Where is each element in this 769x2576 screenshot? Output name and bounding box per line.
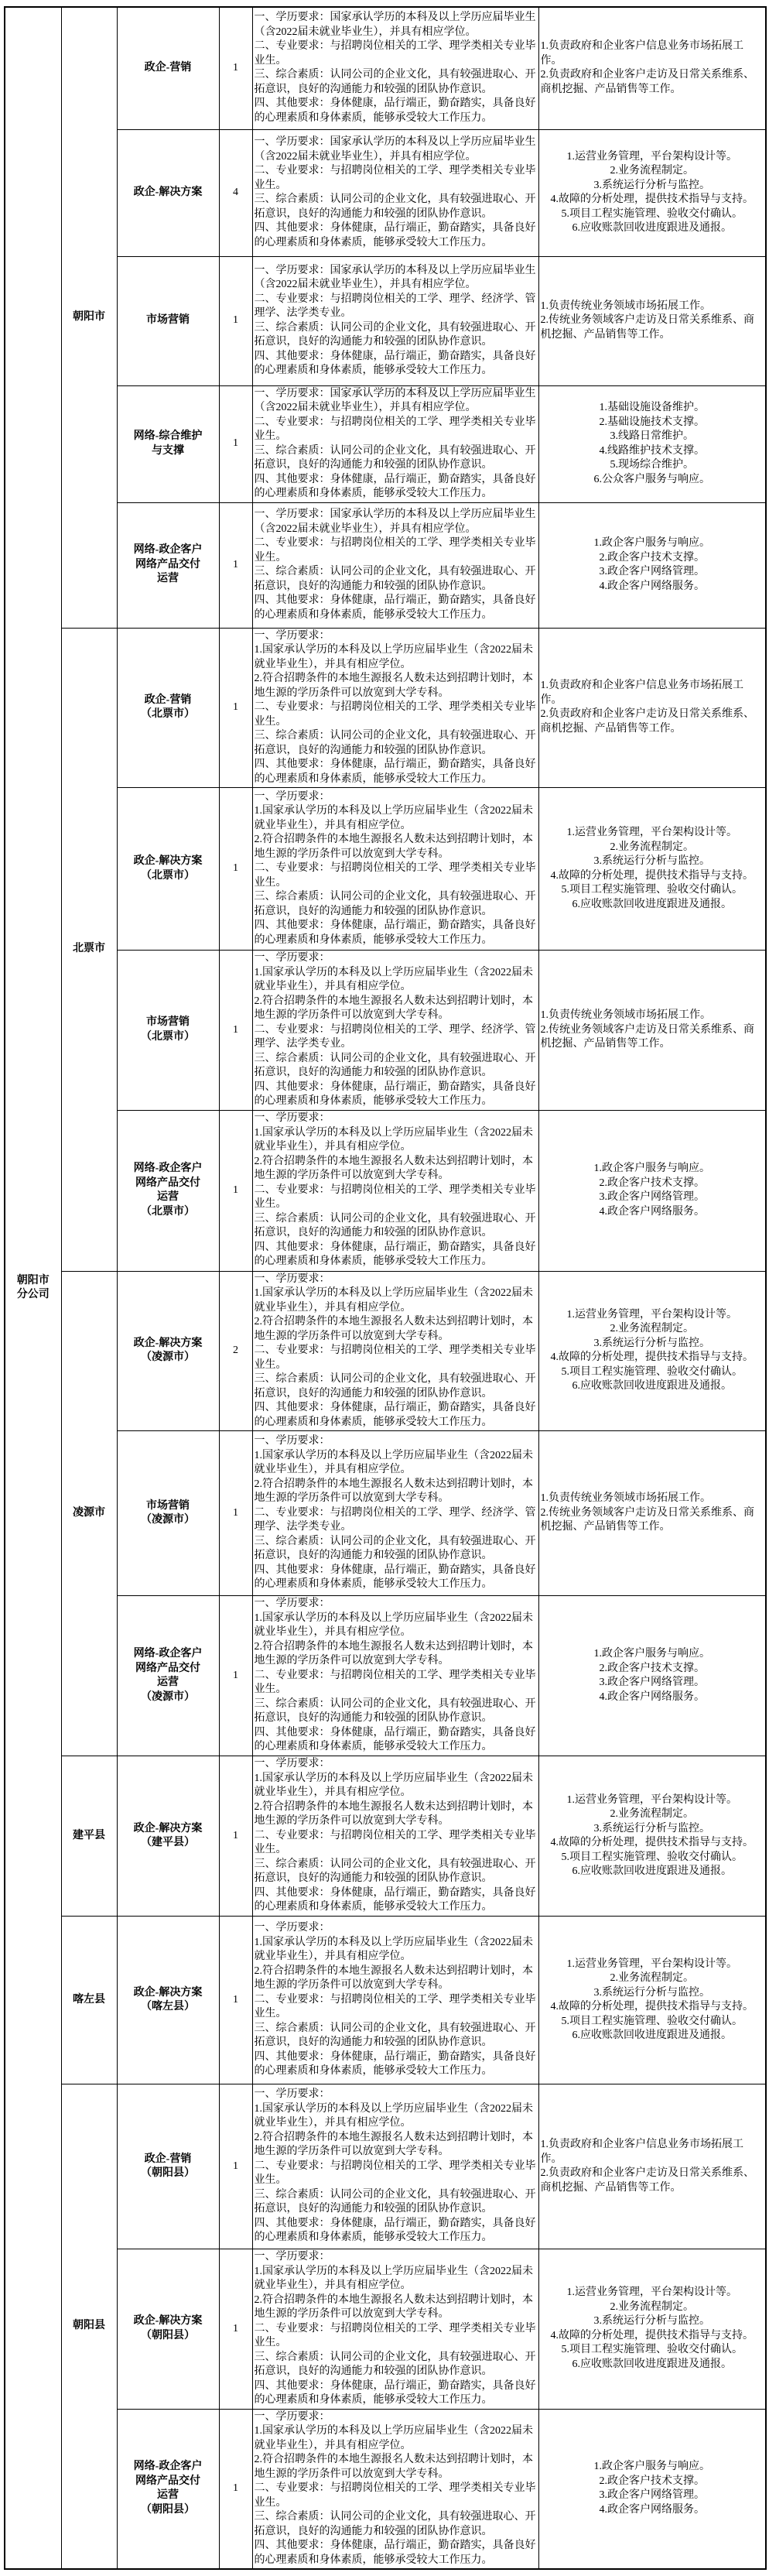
table-row: 市场营销 （北票市） 1 一、学历要求： 1.国家承认学历的本科及以上学历应届毕… bbox=[5, 951, 766, 1111]
headcount-cell: 1 bbox=[219, 385, 252, 502]
position-cell: 网络-政企客户 网络产品交付 运营 （北票市） bbox=[117, 1110, 219, 1271]
duties-cell: 1.运营业务管理，平台架构设计等。 2.业务流程制定。 3.系统运行分析与监控。… bbox=[538, 129, 766, 256]
headcount-cell: 1 bbox=[219, 2084, 252, 2249]
headcount-cell: 1 bbox=[219, 1756, 252, 1917]
requirements-cell: 一、学历要求： 1.国家承认学历的本科及以上学历应届毕业生（含2022届未就业毕… bbox=[252, 2409, 538, 2569]
table-row: 朝阳县 政企-营销 （朝阳县） 1 一、学历要求： 1.国家承认学历的本科及以上… bbox=[5, 2084, 766, 2249]
requirements-cell: 一、学历要求： 1.国家承认学历的本科及以上学历应届毕业生（含2022届未就业毕… bbox=[252, 1110, 538, 1271]
table-row: 喀左县 政企-解决方案 （喀左县） 1 一、学历要求： 1.国家承认学历的本科及… bbox=[5, 1917, 766, 2084]
table-row: 政企-解决方案 （朝阳县） 1 一、学历要求： 1.国家承认学历的本科及以上学历… bbox=[5, 2249, 766, 2410]
table-row: 政企-解决方案 4 一、学历要求：国家承认学历的本科及以上学历应届毕业生（含20… bbox=[5, 129, 766, 256]
duties-cell: 1.运营业务管理，平台架构设计等。 2.业务流程制定。 3.系统运行分析与监控。… bbox=[538, 1756, 766, 1917]
table-row: 政企-解决方案 （北票市） 1 一、学历要求： 1.国家承认学历的本科及以上学历… bbox=[5, 788, 766, 951]
duties-cell: 1.负责政府和企业客户信息业务市场拓展工作。 2.负责政府和企业客户走访及日常关… bbox=[538, 628, 766, 788]
headcount-cell: 1 bbox=[219, 1431, 252, 1596]
duties-cell: 1.运营业务管理，平台架构设计等。 2.业务流程制定。 3.系统运行分析与监控。… bbox=[538, 1271, 766, 1431]
city-cell: 喀左县 bbox=[61, 1917, 117, 2084]
duties-cell: 1.负责传统业务领域市场拓展工作。 2.传统业务领域客户走访及日常关系维系、商机… bbox=[538, 1431, 766, 1596]
requirements-cell: 一、学历要求： 1.国家承认学历的本科及以上学历应届毕业生（含2022届未就业毕… bbox=[252, 1431, 538, 1596]
requirements-cell: 一、学历要求： 1.国家承认学历的本科及以上学历应届毕业生（含2022届未就业毕… bbox=[252, 788, 538, 951]
headcount-cell: 4 bbox=[219, 129, 252, 256]
headcount-cell: 1 bbox=[219, 788, 252, 951]
duties-cell: 1.政企客户服务与响应。 2.政企客户技术支撑。 3.政企客户网络管理。 4.政… bbox=[538, 502, 766, 628]
duties-cell: 1.运营业务管理，平台架构设计等。 2.业务流程制定。 3.系统运行分析与监控。… bbox=[538, 1917, 766, 2084]
table-row: 网络-政企客户 网络产品交付 运营 （朝阳县） 1 一、学历要求： 1.国家承认… bbox=[5, 2409, 766, 2569]
requirements-cell: 一、学历要求： 1.国家承认学历的本科及以上学历应届毕业生（含2022届未就业毕… bbox=[252, 628, 538, 788]
duties-cell: 1.运营业务管理，平台架构设计等。 2.业务流程制定。 3.系统运行分析与监控。… bbox=[538, 788, 766, 951]
headcount-cell: 1 bbox=[219, 951, 252, 1111]
requirements-cell: 一、学历要求： 1.国家承认学历的本科及以上学历应届毕业生（含2022届未就业毕… bbox=[252, 1756, 538, 1917]
position-cell: 政企-营销 （北票市） bbox=[117, 628, 219, 788]
requirements-cell: 一、学历要求：国家承认学历的本科及以上学历应届毕业生（含2022届未就业毕业生）… bbox=[252, 129, 538, 256]
recruitment-table: 朝阳市 分公司 朝阳市 政企-营销 1 一、学历要求：国家承认学历的本科及以上学… bbox=[4, 6, 767, 2570]
position-cell: 网络-政企客户 网络产品交付 运营 bbox=[117, 502, 219, 628]
headcount-cell: 1 bbox=[219, 502, 252, 628]
requirements-cell: 一、学历要求： 1.国家承认学历的本科及以上学历应届毕业生（含2022届未就业毕… bbox=[252, 2084, 538, 2249]
table-row: 北票市 政企-营销 （北票市） 1 一、学历要求： 1.国家承认学历的本科及以上… bbox=[5, 628, 766, 788]
position-cell: 政企-营销 bbox=[117, 7, 219, 129]
requirements-cell: 一、学历要求： 1.国家承认学历的本科及以上学历应届毕业生（含2022届未就业毕… bbox=[252, 1271, 538, 1431]
table-row: 网络-政企客户 网络产品交付 运营 （凌源市） 1 一、学历要求： 1.国家承认… bbox=[5, 1596, 766, 1756]
position-cell: 政企-解决方案 （凌源市） bbox=[117, 1271, 219, 1431]
requirements-cell: 一、学历要求： 1.国家承认学历的本科及以上学历应届毕业生（含2022届未就业毕… bbox=[252, 951, 538, 1111]
requirements-cell: 一、学历要求： 1.国家承认学历的本科及以上学历应届毕业生（含2022届未就业毕… bbox=[252, 2249, 538, 2410]
table-row: 网络-政企客户 网络产品交付 运营 1 一、学历要求：国家承认学历的本科及以上学… bbox=[5, 502, 766, 628]
table-row: 网络-综合维护 与支撑 1 一、学历要求：国家承认学历的本科及以上学历应届毕业生… bbox=[5, 385, 766, 502]
position-cell: 市场营销 （凌源市） bbox=[117, 1431, 219, 1596]
city-cell: 朝阳县 bbox=[61, 2084, 117, 2570]
duties-cell: 1.基础设施设备维护。 2.基础设施技术支撑。 3.线路日常维护。 4.线路维护… bbox=[538, 385, 766, 502]
duties-cell: 1.负责政府和企业客户信息业务市场拓展工作。 2.负责政府和企业客户走访及日常关… bbox=[538, 2084, 766, 2249]
table-row: 凌源市 政企-解决方案 （凌源市） 2 一、学历要求： 1.国家承认学历的本科及… bbox=[5, 1271, 766, 1431]
requirements-cell: 一、学历要求：国家承认学历的本科及以上学历应届毕业生（含2022届未就业毕业生）… bbox=[252, 502, 538, 628]
position-cell: 政企-解决方案 （北票市） bbox=[117, 788, 219, 951]
position-cell: 政企-解决方案 （喀左县） bbox=[117, 1917, 219, 2084]
requirements-cell: 一、学历要求： 1.国家承认学历的本科及以上学历应届毕业生（含2022届未就业毕… bbox=[252, 1596, 538, 1756]
headcount-cell: 1 bbox=[219, 628, 252, 788]
duties-cell: 1.负责传统业务领域市场拓展工作。 2.传统业务领域客户走访及日常关系维系、商机… bbox=[538, 256, 766, 385]
table-row: 市场营销 1 一、学历要求：国家承认学历的本科及以上学历应届毕业生（含2022届… bbox=[5, 256, 766, 385]
requirements-cell: 一、学历要求：国家承认学历的本科及以上学历应届毕业生（含2022届未就业毕业生）… bbox=[252, 7, 538, 129]
headcount-cell: 1 bbox=[219, 1917, 252, 2084]
headcount-cell: 1 bbox=[219, 2409, 252, 2569]
position-cell: 网络-政企客户 网络产品交付 运营 （凌源市） bbox=[117, 1596, 219, 1756]
duties-cell: 1.政企客户服务与响应。 2.政企客户技术支撑。 3.政企客户网络管理。 4.政… bbox=[538, 2409, 766, 2569]
duties-cell: 1.政企客户服务与响应。 2.政企客户技术支撑。 3.政企客户网络管理。 4.政… bbox=[538, 1110, 766, 1271]
headcount-cell: 1 bbox=[219, 256, 252, 385]
duties-cell: 1.负责政府和企业客户信息业务市场拓展工作。 2.负责政府和企业客户走访及日常关… bbox=[538, 7, 766, 129]
headcount-cell: 1 bbox=[219, 1110, 252, 1271]
city-cell: 建平县 bbox=[61, 1756, 117, 1917]
company-cell: 朝阳市 分公司 bbox=[5, 7, 61, 2569]
headcount-cell: 2 bbox=[219, 1271, 252, 1431]
requirements-cell: 一、学历要求： 1.国家承认学历的本科及以上学历应届毕业生（含2022届未就业毕… bbox=[252, 1917, 538, 2084]
table-row: 市场营销 （凌源市） 1 一、学历要求： 1.国家承认学历的本科及以上学历应届毕… bbox=[5, 1431, 766, 1596]
requirements-cell: 一、学历要求：国家承认学历的本科及以上学历应届毕业生（含2022届未就业毕业生）… bbox=[252, 256, 538, 385]
city-cell: 朝阳市 bbox=[61, 7, 117, 628]
headcount-cell: 1 bbox=[219, 7, 252, 129]
position-cell: 政企-解决方案 （朝阳县） bbox=[117, 2249, 219, 2410]
duties-cell: 1.政企客户服务与响应。 2.政企客户技术支撑。 3.政企客户网络管理。 4.政… bbox=[538, 1596, 766, 1756]
city-cell: 北票市 bbox=[61, 628, 117, 1271]
position-cell: 政企-解决方案 （建平县） bbox=[117, 1756, 219, 1917]
requirements-cell: 一、学历要求：国家承认学历的本科及以上学历应届毕业生（含2022届未就业毕业生）… bbox=[252, 385, 538, 502]
position-cell: 市场营销 bbox=[117, 256, 219, 385]
duties-cell: 1.运营业务管理，平台架构设计等。 2.业务流程制定。 3.系统运行分析与监控。… bbox=[538, 2249, 766, 2410]
position-cell: 市场营销 （北票市） bbox=[117, 951, 219, 1111]
position-cell: 政企-解决方案 bbox=[117, 129, 219, 256]
table-row: 网络-政企客户 网络产品交付 运营 （北票市） 1 一、学历要求： 1.国家承认… bbox=[5, 1110, 766, 1271]
headcount-cell: 1 bbox=[219, 2249, 252, 2410]
position-cell: 网络-综合维护 与支撑 bbox=[117, 385, 219, 502]
city-cell: 凌源市 bbox=[61, 1271, 117, 1756]
headcount-cell: 1 bbox=[219, 1596, 252, 1756]
position-cell: 政企-营销 （朝阳县） bbox=[117, 2084, 219, 2249]
duties-cell: 1.负责传统业务领域市场拓展工作。 2.传统业务领域客户走访及日常关系维系、商机… bbox=[538, 951, 766, 1111]
table-row: 朝阳市 分公司 朝阳市 政企-营销 1 一、学历要求：国家承认学历的本科及以上学… bbox=[5, 7, 766, 129]
position-cell: 网络-政企客户 网络产品交付 运营 （朝阳县） bbox=[117, 2409, 219, 2569]
table-row: 建平县 政企-解决方案 （建平县） 1 一、学历要求： 1.国家承认学历的本科及… bbox=[5, 1756, 766, 1917]
